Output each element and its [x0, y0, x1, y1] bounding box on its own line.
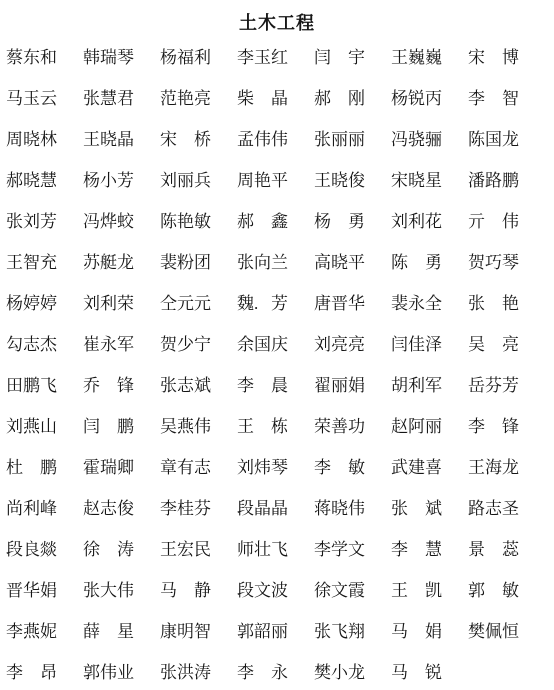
name-char: 刘 — [23, 213, 40, 230]
name-cell: 刘燕山 — [6, 418, 57, 435]
name-char: 薛 — [83, 623, 100, 640]
name-char: 晋 — [6, 582, 23, 599]
name-cell: 岳芬芳 — [468, 377, 519, 394]
name-char: 丽 — [425, 418, 442, 435]
name-char: 段 — [237, 582, 254, 599]
name-char: 晓 — [100, 131, 117, 148]
name-char: 锋 — [117, 377, 134, 394]
name-char: 志 — [23, 336, 40, 353]
name-char: 飞 — [331, 623, 348, 640]
name-char: 骁 — [408, 131, 425, 148]
name-char: 栋 — [271, 418, 288, 435]
name-cell: 蒋晓伟 — [314, 500, 365, 517]
name-char: 蕊 — [502, 541, 519, 558]
name-char: 亮 — [194, 90, 211, 107]
name-char: 李 — [314, 541, 331, 558]
name-char: 霍 — [83, 459, 100, 476]
name-char: 斌 — [425, 500, 442, 517]
name-char: 鹏 — [23, 377, 40, 394]
name-char: 张 — [6, 213, 23, 230]
name-cell: 勾志杰 — [6, 336, 57, 353]
name-cell: 刘利花 — [391, 213, 442, 230]
name-cell: 郝晓慧 — [6, 172, 57, 189]
name-char: 王 — [391, 582, 408, 599]
name-char: 乔 — [83, 377, 100, 394]
name-char: 李 — [237, 377, 254, 394]
name-char: 马 — [391, 623, 408, 640]
name-char: 锐 — [408, 90, 425, 107]
name-char: 王 — [237, 418, 254, 435]
name-char: 岳 — [468, 377, 485, 394]
name-char: 刘 — [160, 172, 177, 189]
name-cell: 师壮飞 — [237, 541, 288, 558]
name-cell: 郭伟业 — [83, 664, 134, 681]
name-char: 蔡 — [6, 49, 23, 66]
name-char: 宋 — [160, 131, 177, 148]
name-char: 佳 — [408, 336, 425, 353]
name-char: 波 — [271, 582, 288, 599]
name-cell: 冯烨蛟 — [83, 213, 134, 230]
name-char: 兰 — [271, 254, 288, 271]
name-char: 博 — [502, 49, 519, 66]
name-char: 张 — [83, 90, 100, 107]
name-char: 元 — [194, 295, 211, 312]
name-char: 利 — [100, 295, 117, 312]
name-char: 芬 — [194, 500, 211, 517]
name-char: 骊 — [425, 131, 442, 148]
name-char: 慧 — [100, 90, 117, 107]
name-char: 锋 — [502, 418, 519, 435]
name-char: 娟 — [40, 582, 57, 599]
name-char: 翟 — [314, 377, 331, 394]
name-cell: 郭敏 — [468, 582, 519, 599]
name-char: 文 — [331, 582, 348, 599]
name-char: 晓 — [331, 500, 348, 517]
name-char: 琴 — [502, 254, 519, 271]
name-char: 有 — [177, 459, 194, 476]
name-char: 刘 — [237, 459, 254, 476]
name-char: 燚 — [40, 541, 57, 558]
name-char: 冯 — [391, 131, 408, 148]
name-char: 晶 — [271, 90, 288, 107]
name-char: 丙 — [425, 90, 442, 107]
name-char: 王 — [314, 172, 331, 189]
name-cell: 乔锋 — [83, 377, 134, 394]
name-cell: 余国庆 — [237, 336, 288, 353]
name-char: 晓 — [331, 172, 348, 189]
name-char: 小 — [331, 664, 348, 681]
name-cell: 李慧 — [391, 541, 442, 558]
name-cell: 李永 — [237, 664, 288, 681]
name-cell: 仝元元 — [160, 295, 211, 312]
name-char: 国 — [254, 336, 271, 353]
name-char: 飞 — [40, 377, 57, 394]
name-cell: 蔡东和 — [6, 49, 57, 66]
name-cell: 翟丽娟 — [314, 377, 365, 394]
name-cell: 张向兰 — [237, 254, 288, 271]
name-char: 晶 — [117, 131, 134, 148]
name-char: 仝 — [160, 295, 177, 312]
name-char: 路 — [468, 500, 485, 517]
name-char: 鹏 — [502, 172, 519, 189]
name-cell: 晋华娟 — [6, 582, 57, 599]
name-char: 孟 — [237, 131, 254, 148]
name-char: 杰 — [40, 336, 57, 353]
name-char: 志 — [485, 500, 502, 517]
name-cell: 王晓俊 — [314, 172, 365, 189]
name-cell: 亓伟 — [468, 213, 519, 230]
name-char: 芳 — [502, 377, 519, 394]
name-char: 杨 — [391, 90, 408, 107]
name-cell: 王宏民 — [160, 541, 211, 558]
name-char: 龙 — [502, 459, 519, 476]
name-char: 婷 — [40, 295, 57, 312]
name-char: 团 — [194, 254, 211, 271]
name-char: 喜 — [425, 459, 442, 476]
name-char: 飞 — [271, 541, 288, 558]
name-char: 龙 — [348, 664, 365, 681]
name-char: 兵 — [194, 172, 211, 189]
name-char: 宏 — [177, 541, 194, 558]
name-char: 瑞 — [100, 49, 117, 66]
name-cell: 杨福利 — [160, 49, 211, 66]
name-char: 晓 — [23, 131, 40, 148]
name-char: 张 — [160, 377, 177, 394]
name-char: 贺 — [160, 336, 177, 353]
name-char: 荣 — [314, 418, 331, 435]
name-char: 蛟 — [117, 213, 134, 230]
name-cell: 周晓林 — [6, 131, 57, 148]
name-char: 伟 — [117, 582, 134, 599]
name-char: 王 — [83, 131, 100, 148]
name-char: 霞 — [348, 582, 365, 599]
name-cell: 崔永军 — [83, 336, 134, 353]
name-cell: 霍瑞卿 — [83, 459, 134, 476]
name-char: 亮 — [502, 336, 519, 353]
name-cell: 宋桥 — [160, 131, 211, 148]
name-char: 郭 — [83, 664, 100, 681]
name-char: 韶 — [254, 623, 271, 640]
name-char: 郝 — [237, 213, 254, 230]
name-cell: 张飞翔 — [314, 623, 365, 640]
name-cell: 郭韶丽 — [237, 623, 288, 640]
name-cell: 郝鑫 — [237, 213, 288, 230]
name-char: 文 — [348, 541, 365, 558]
name-char: 张 — [160, 664, 177, 681]
name-cell: 张刘芳 — [6, 213, 57, 230]
name-char: 亓 — [468, 213, 485, 230]
name-cell: 武建喜 — [391, 459, 442, 476]
name-cell: 潘路鹏 — [468, 172, 519, 189]
name-char: 余 — [237, 336, 254, 353]
name-char: 李 — [6, 623, 23, 640]
name-char: 李 — [6, 664, 23, 681]
name-cell: 段良燚 — [6, 541, 57, 558]
name-char: 高 — [314, 254, 331, 271]
name-char: 张 — [391, 500, 408, 517]
name-char: 丽 — [348, 131, 365, 148]
name-char: 阿 — [408, 418, 425, 435]
name-char: 洪 — [177, 664, 194, 681]
name-char: 军 — [425, 377, 442, 394]
name-char: 锐 — [425, 664, 442, 681]
name-char: 李 — [468, 418, 485, 435]
name-cell: 尚利峰 — [6, 500, 57, 517]
name-char: 段 — [237, 500, 254, 517]
name-cell: 闫鹏 — [83, 418, 134, 435]
name-cell: 杨锐丙 — [391, 90, 442, 107]
name-cell: 张大伟 — [83, 582, 134, 599]
name-char: 军 — [117, 336, 134, 353]
name-char: 全 — [425, 295, 442, 312]
name-cell: 韩瑞琴 — [83, 49, 134, 66]
name-cell: 李昂 — [6, 664, 57, 681]
name-char: 吴 — [468, 336, 485, 353]
name-char: 巍 — [425, 49, 442, 66]
name-cell: 闫宇 — [314, 49, 365, 66]
name-char: 师 — [237, 541, 254, 558]
name-char: 宋 — [391, 172, 408, 189]
name-cell: 马锐 — [391, 664, 442, 681]
name-cell: 宋晓星 — [391, 172, 442, 189]
name-char: 荣 — [117, 295, 134, 312]
name-char: 章 — [160, 459, 177, 476]
name-cell: 康明智 — [160, 623, 211, 640]
empty-cell — [468, 664, 519, 681]
name-char: 充 — [40, 254, 57, 271]
name-char: 君 — [117, 90, 134, 107]
name-char: 花 — [425, 213, 442, 230]
name-cell: 杨勇 — [314, 213, 365, 230]
name-cell: 张丽丽 — [314, 131, 365, 148]
name-char: 李 — [391, 541, 408, 558]
name-char: 林 — [40, 131, 57, 148]
name-char: 晨 — [271, 377, 288, 394]
name-char: 闫 — [83, 418, 100, 435]
name-cell: 樊佩恒 — [468, 623, 519, 640]
page-title: 土木工程 — [0, 0, 554, 34]
name-char: 凯 — [425, 582, 442, 599]
name-char: 宋 — [468, 49, 485, 66]
name-char: 康 — [160, 623, 177, 640]
name-cell: 刘利荣 — [83, 295, 134, 312]
name-char: 伟 — [348, 500, 365, 517]
name-char: 妮 — [40, 623, 57, 640]
name-char: 郭 — [237, 623, 254, 640]
name-char: 智 — [23, 254, 40, 271]
name-char: 明 — [177, 623, 194, 640]
name-cell: 吴亮 — [468, 336, 519, 353]
name-char: 志 — [100, 500, 117, 517]
name-char: 晶 — [254, 500, 271, 517]
name-char: 大 — [100, 582, 117, 599]
name-cell: 贺巧琴 — [468, 254, 519, 271]
name-char: 功 — [348, 418, 365, 435]
name-cell: 徐文霞 — [314, 582, 365, 599]
name-cell: 范艳亮 — [160, 90, 211, 107]
name-char: 杨 — [314, 213, 331, 230]
name-char: 亮 — [348, 336, 365, 353]
name-char: 红 — [271, 49, 288, 66]
name-char: 芳 — [271, 295, 288, 312]
name-char: 静 — [194, 582, 211, 599]
name-char: 李 — [160, 500, 177, 517]
name-char: 娟 — [425, 623, 442, 640]
name-cell: 李晨 — [237, 377, 288, 394]
name-char: 武 — [391, 459, 408, 476]
name-cell: 王海龙 — [468, 459, 519, 476]
name-char: 勾 — [6, 336, 23, 353]
name-char: 永 — [100, 336, 117, 353]
name-char: 张 — [314, 131, 331, 148]
name-char: 烨 — [100, 213, 117, 230]
name-char: 杨 — [83, 172, 100, 189]
name-cell: 裴永全 — [391, 295, 442, 312]
name-cell: 吴燕伟 — [160, 418, 211, 435]
name-char: 燕 — [177, 418, 194, 435]
name-char: 民 — [194, 541, 211, 558]
name-char: 丽 — [331, 131, 348, 148]
name-cell: 周艳平 — [237, 172, 288, 189]
name-char: 宇 — [348, 49, 365, 66]
name-char: 龙 — [502, 131, 519, 148]
name-cell: 李学文 — [314, 541, 365, 558]
name-char: 业 — [117, 664, 134, 681]
name-char: 志 — [194, 459, 211, 476]
name-char: 刚 — [348, 90, 365, 107]
name-char: 张 — [237, 254, 254, 271]
name-cell: 薛星 — [83, 623, 134, 640]
name-char: 李 — [237, 49, 254, 66]
name-char: 志 — [177, 377, 194, 394]
name-char: 景 — [468, 541, 485, 558]
name-cell: 孟伟伟 — [237, 131, 288, 148]
name-char: 潘 — [468, 172, 485, 189]
name-char: 周 — [237, 172, 254, 189]
name-char: 芳 — [117, 172, 134, 189]
name-char: 伟 — [271, 131, 288, 148]
name-char: 艳 — [177, 213, 194, 230]
name-char: 赵 — [83, 500, 100, 517]
name-char: 少 — [177, 336, 194, 353]
name-cell: 张慧君 — [83, 90, 134, 107]
name-char: 晋 — [331, 295, 348, 312]
name-cell: 章有志 — [160, 459, 211, 476]
name-cell: 杨小芳 — [83, 172, 134, 189]
name-char: 斌 — [194, 377, 211, 394]
name-char: 琴 — [271, 459, 288, 476]
name-char: 永 — [408, 295, 425, 312]
name-char: 陈 — [468, 131, 485, 148]
name-char: 闫 — [391, 336, 408, 353]
name-cell: 赵志俊 — [83, 500, 134, 517]
name-cell: 高晓平 — [314, 254, 365, 271]
name-char: 学 — [331, 541, 348, 558]
name-char: 艳 — [502, 295, 519, 312]
name-char: 柴 — [237, 90, 254, 107]
name-cell: 赵阿丽 — [391, 418, 442, 435]
name-char: 国 — [485, 131, 502, 148]
name-char: 永 — [271, 664, 288, 681]
name-char: 唐 — [314, 295, 331, 312]
name-char: 粉 — [177, 254, 194, 271]
name-cell: 胡利军 — [391, 377, 442, 394]
name-char: 伟 — [254, 131, 271, 148]
name-char: 庆 — [271, 336, 288, 353]
name-char: 冯 — [83, 213, 100, 230]
name-cell: 段晶晶 — [237, 500, 288, 517]
name-char: 芳 — [40, 213, 57, 230]
name-cell: 刘炜琴 — [237, 459, 288, 476]
name-char: 桂 — [177, 500, 194, 517]
name-char: 伟 — [194, 418, 211, 435]
name-char: 王 — [160, 541, 177, 558]
name-char: 婷 — [23, 295, 40, 312]
name-char: 鑫 — [271, 213, 288, 230]
name-char: 郭 — [468, 582, 485, 599]
name-char: 丽 — [331, 377, 348, 394]
name-char: 建 — [408, 459, 425, 476]
name-cell: 刘丽兵 — [160, 172, 211, 189]
name-char: 敏 — [348, 459, 365, 476]
name-char: 平 — [348, 254, 365, 271]
name-cell: 段文波 — [237, 582, 288, 599]
name-cell: 樊小龙 — [314, 664, 365, 681]
name-char: 福 — [177, 49, 194, 66]
name-char: 刘 — [314, 336, 331, 353]
name-cell: 张洪涛 — [160, 664, 211, 681]
name-char: 巍 — [408, 49, 425, 66]
name-char: 鹏 — [40, 459, 57, 476]
name-char: 张 — [314, 623, 331, 640]
name-char: 炜 — [254, 459, 271, 476]
name-char: 利 — [194, 49, 211, 66]
name-char: 段 — [6, 541, 23, 558]
name-char: 向 — [254, 254, 271, 271]
name-char: 郝 — [6, 172, 23, 189]
name-char: 崔 — [83, 336, 100, 353]
name-char: 桥 — [194, 131, 211, 148]
name-char: 李 — [314, 459, 331, 476]
name-char: 利 — [23, 500, 40, 517]
name-char: 王 — [391, 49, 408, 66]
name-char: 星 — [425, 172, 442, 189]
name-char: 善 — [331, 418, 348, 435]
name-char: 文 — [254, 582, 271, 599]
name-char: 芬 — [485, 377, 502, 394]
name-char: 杨 — [160, 49, 177, 66]
name-char: 马 — [6, 90, 23, 107]
name-char: 和 — [40, 49, 57, 66]
name-char: 杜 — [6, 459, 23, 476]
name-char: 小 — [100, 172, 117, 189]
name-cell: 马娟 — [391, 623, 442, 640]
name-cell: 陈艳敏 — [160, 213, 211, 230]
name-cell: 陈勇 — [391, 254, 442, 271]
name-char: 刘 — [6, 418, 23, 435]
name-char: 勇 — [348, 213, 365, 230]
name-char: 涛 — [117, 541, 134, 558]
name-cell: 王晓晶 — [83, 131, 134, 148]
name-cell: 杜鹏 — [6, 459, 57, 476]
name-cell: 李桂芬 — [160, 500, 211, 517]
name-cell: 贺少宁 — [160, 336, 211, 353]
name-char: 胡 — [391, 377, 408, 394]
name-char: 艇 — [100, 254, 117, 271]
name-char: 圣 — [502, 500, 519, 517]
name-char: 玉 — [23, 90, 40, 107]
name-cell: 苏艇龙 — [83, 254, 134, 271]
